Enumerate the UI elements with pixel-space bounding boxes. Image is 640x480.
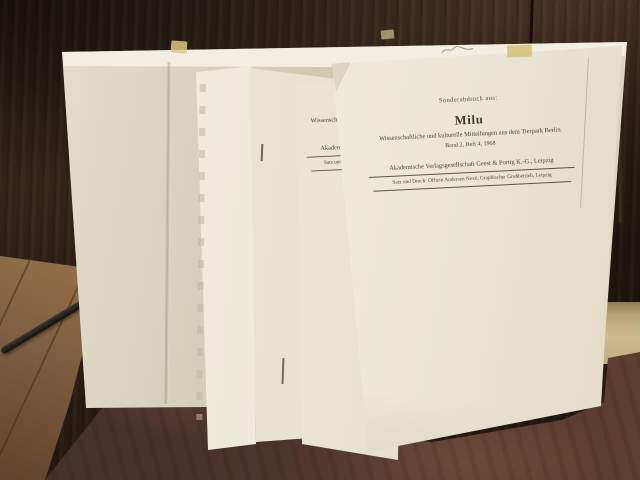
offprint-title-block: Sonderabdruck aus: Milu Wissenschaftlich… [352, 90, 588, 192]
tape-piece [171, 40, 188, 53]
photo-of-offprint-stack: Wissenschaftliche und kulturelle Mitteil… [0, 0, 640, 480]
tape-piece [507, 45, 532, 58]
tape-piece [381, 29, 395, 39]
pencil-mark [440, 43, 476, 56]
